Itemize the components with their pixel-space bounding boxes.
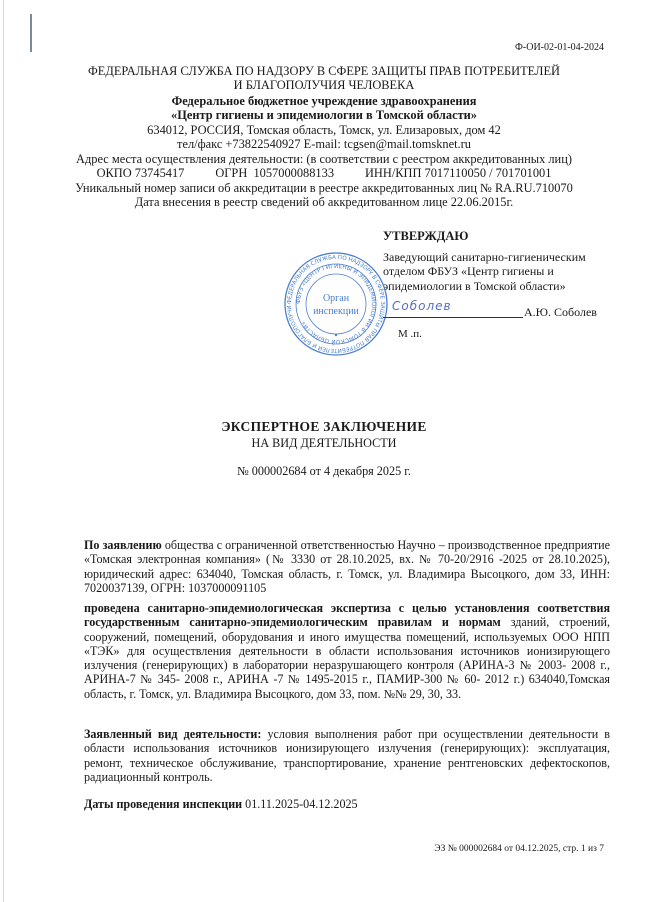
institution-address: 634012, РОССИЯ, Томская область, Томск, …: [0, 123, 648, 138]
approval-position-line2: отделом ФБУЗ «Центр гигиены и: [383, 264, 623, 278]
inspection-stamp: ФЕДЕРАЛЬНАЯ СЛУЖБА ПО НАДЗОРУ В СФЕРЕ ЗА…: [283, 251, 389, 357]
activity-address: Адрес места осуществления деятельности: …: [0, 152, 648, 167]
paragraph-activity: Заявленный вид деятельности: условия вып…: [84, 727, 610, 784]
page-footer: ЭЗ № 000002684 от 04.12.2025, стр. 1 из …: [434, 844, 604, 854]
form-code: Ф-ОИ-02-01-04-2024: [515, 42, 604, 53]
registry-date: Дата внесения в реестр сведений об аккре…: [0, 195, 648, 210]
institution-line1: Федеральное бюджетное учреждение здравоо…: [0, 94, 648, 109]
signature: Соболев: [392, 299, 452, 313]
accreditation-number: Уникальный номер записи об аккредитации …: [0, 181, 648, 196]
svg-text:Орган: Орган: [323, 293, 350, 304]
approval-heading: УТВЕРЖДАЮ: [383, 229, 468, 244]
signature-line: [383, 317, 523, 318]
signer-name: А.Ю. Соболев: [524, 305, 597, 320]
approval-position: Заведующий санитарно-гигиеническим отдел…: [383, 250, 623, 293]
institution-line2: «Центр гигиены и эпидемиологии в Томской…: [0, 108, 648, 123]
document-number: № 000002684 от 4 декабря 2025 г.: [0, 464, 648, 479]
seal-place: М .п.: [398, 328, 422, 340]
approval-position-line1: Заведующий санитарно-гигиеническим: [383, 250, 623, 264]
paragraph-expertise: проведена санитарно-эпидемиологическая э…: [84, 601, 610, 701]
paragraph-inspection-dates-text: 01.11.2025-04.12.2025: [242, 797, 357, 811]
institution-contacts: тел/факс +73822540927 E-mail: tcgsen@mai…: [0, 137, 648, 152]
approval-position-line3: эпидемиологии в Томской области»: [383, 279, 623, 293]
agency-name-line1: ФЕДЕРАЛЬНАЯ СЛУЖБА ПО НАДЗОРУ В СФЕРЕ ЗА…: [0, 64, 648, 79]
scan-mark: [30, 14, 32, 52]
document-title: ЭКСПЕРТНОЕ ЗАКЛЮЧЕНИЕ: [0, 419, 648, 435]
paragraph-application: По заявлению общества с ограниченной отв…: [84, 538, 610, 595]
paragraph-activity-lead: Заявленный вид деятельности:: [84, 727, 261, 741]
paragraph-inspection-dates-lead: Даты проведения инспекции: [84, 797, 242, 811]
paragraph-application-lead: По заявлению: [84, 538, 162, 552]
paragraph-inspection-dates: Даты проведения инспекции 01.11.2025-04.…: [84, 797, 610, 811]
paragraph-application-text: общества с ограниченной ответственностью…: [84, 538, 610, 595]
agency-name-line2: И БЛАГОПОЛУЧИЯ ЧЕЛОВЕКА: [0, 78, 648, 93]
document-subtitle: НА ВИД ДЕЯТЕЛЬНОСТИ: [0, 436, 648, 451]
svg-text:инспекции: инспекции: [313, 306, 359, 317]
institution-codes: ОКПО 73745417 ОГРН 1057000088133 ИНН/КПП…: [0, 166, 648, 181]
